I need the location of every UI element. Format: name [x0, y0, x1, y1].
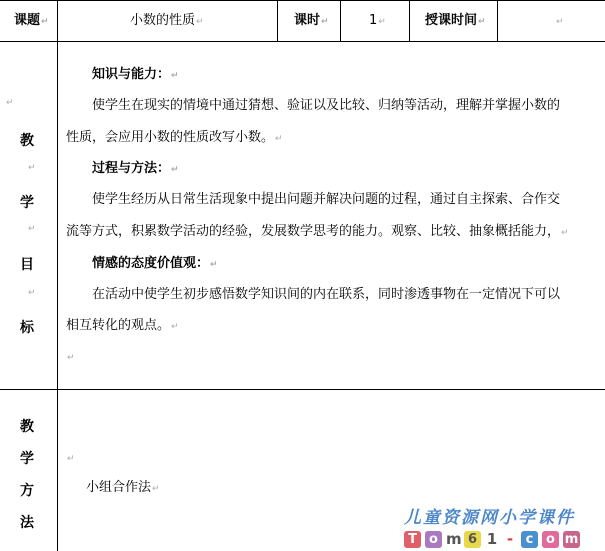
paragraph-mark: ↵	[171, 322, 179, 332]
column-divider	[497, 0, 498, 41]
paragraph-mark: ↵	[41, 17, 49, 27]
paragraph-mark: ↵	[561, 228, 569, 238]
watermark-logo: 儿童资源网小学课件 T o m 6 1 - c o m	[404, 503, 605, 548]
methods-value: 小组合作法↵	[86, 480, 605, 497]
objectives-side-label: 标	[20, 317, 34, 337]
methods-text: 小组合作法	[86, 480, 151, 495]
objectives-side-label: 目	[20, 254, 34, 274]
periods-value: 1↵	[369, 13, 386, 30]
watermark-letter: 6	[464, 531, 481, 548]
watermark-letter: c	[521, 531, 538, 548]
paragraph-mark: ↵	[196, 17, 204, 27]
methods-side-label: 教	[20, 416, 34, 436]
column-divider	[340, 0, 341, 41]
watermark-letter: T	[404, 531, 421, 548]
attitude-line-2: 相互转化的观点。↵	[66, 318, 601, 335]
topic-value: 小数的性质↵	[130, 13, 204, 30]
row-divider	[0, 389, 605, 390]
heading-text: 情感的态度价值观：	[92, 256, 209, 271]
periods-label: 课时↵	[294, 13, 329, 30]
topic-label: 课题↵	[14, 13, 49, 30]
process-line-1: 使学生经历从日常生活现象中提出问题并解决问题的过程，通过自主探索、合作交	[66, 192, 605, 208]
side-char: 教	[20, 419, 34, 435]
body-text: 相互转化的观点。	[66, 318, 170, 333]
heading-text: 知识与能力：	[92, 67, 170, 82]
side-char: 标	[20, 320, 34, 336]
watermark-letter: o	[542, 531, 559, 548]
table-border-top	[0, 0, 605, 1]
periods-value-text: 1	[369, 13, 377, 28]
paragraph-mark: ↵	[28, 288, 36, 298]
side-char: 学	[20, 451, 34, 467]
objectives-side-label: 教	[20, 130, 34, 150]
paragraph-mark: ↵	[321, 17, 329, 27]
paragraph-mark: ↵	[171, 71, 179, 81]
watermark-letter: o	[425, 531, 442, 548]
lesson-plan-table: 课题↵ 小数的性质↵ 课时↵ 1↵ 授课时间↵ ↵ ↵ 教 ↵ 学 ↵ 目 ↵ …	[0, 0, 605, 551]
paragraph-mark: ↵	[67, 353, 75, 363]
side-char: 教	[20, 133, 34, 149]
knowledge-line-1: 使学生在现实的情境中通过猜想、验证以及比较、归纳等活动，理解并掌握小数的	[66, 98, 605, 114]
paragraph-mark: ↵	[28, 224, 36, 234]
knowledge-line-2: 性质，会应用小数的性质改写小数。↵	[66, 130, 601, 147]
methods-side-label: 方	[20, 480, 34, 500]
time-label-text: 授课时间	[425, 13, 477, 28]
section-heading-process: 过程与方法：↵	[66, 161, 605, 178]
paragraph-mark: ↵	[210, 260, 218, 270]
paragraph-mark: ↵	[171, 165, 179, 175]
watermark-title: 儿童资源网小学课件	[404, 503, 605, 528]
watermark-letter: m	[563, 531, 580, 548]
side-char: 学	[20, 195, 34, 211]
paragraph-mark: ↵	[378, 17, 386, 27]
row-divider	[0, 41, 605, 42]
section-heading-attitude: 情感的态度价值观：↵	[66, 256, 605, 273]
paragraph-mark: ↵	[478, 17, 486, 27]
periods-label-text: 课时	[294, 13, 320, 28]
column-divider	[57, 0, 58, 551]
process-line-2: 流等方式，积累数学活动的经验，发展数学思考的能力。观察、比较、抽象概括能力，↵	[66, 224, 601, 241]
topic-value-text: 小数的性质	[130, 13, 195, 28]
paragraph-mark: ↵	[6, 98, 14, 108]
watermark-letters: T o m 6 1 - c o m	[404, 530, 605, 548]
column-divider	[277, 0, 278, 41]
paragraph-mark: ↵	[67, 454, 75, 464]
watermark-letter: m	[446, 530, 460, 548]
paragraph-mark: ↵	[28, 163, 36, 173]
watermark-letter: 1	[485, 530, 499, 548]
side-char: 方	[20, 483, 34, 499]
paragraph-mark: ↵	[556, 17, 564, 27]
topic-label-text: 课题	[14, 13, 40, 28]
objectives-side-label: 学	[20, 192, 34, 212]
body-text: 流等方式，积累数学活动的经验，发展数学思考的能力。观察、比较、抽象概括能力，	[66, 224, 560, 239]
side-char: 法	[20, 515, 34, 531]
body-text: 使学生在现实的情境中通过猜想、验证以及比较、归纳等活动，理解并掌握小数的	[92, 98, 560, 113]
side-char: 目	[20, 257, 34, 273]
methods-side-label: 法	[20, 512, 34, 532]
paragraph-mark: ↵	[275, 134, 283, 144]
time-label: 授课时间↵	[425, 13, 486, 30]
paragraph-mark: ↵	[152, 484, 160, 494]
body-text: 使学生经历从日常生活现象中提出问题并解决问题的过程，通过自主探索、合作交	[92, 192, 560, 207]
empty-paragraph: ↵	[66, 450, 601, 467]
column-divider	[409, 0, 410, 41]
watermark-letter: -	[503, 530, 517, 548]
body-text: 性质，会应用小数的性质改写小数。	[66, 130, 274, 145]
attitude-line-1: 在活动中使学生初步感悟数学知识间的内在联系，同时渗透事物在一定情况下可以	[66, 287, 605, 303]
time-value: ↵	[555, 13, 564, 30]
methods-side-label: 学	[20, 448, 34, 468]
section-heading-knowledge: 知识与能力：↵	[66, 67, 605, 84]
empty-paragraph: ↵	[66, 349, 601, 366]
heading-text: 过程与方法：	[92, 161, 170, 176]
body-text: 在活动中使学生初步感悟数学知识间的内在联系，同时渗透事物在一定情况下可以	[92, 287, 560, 302]
